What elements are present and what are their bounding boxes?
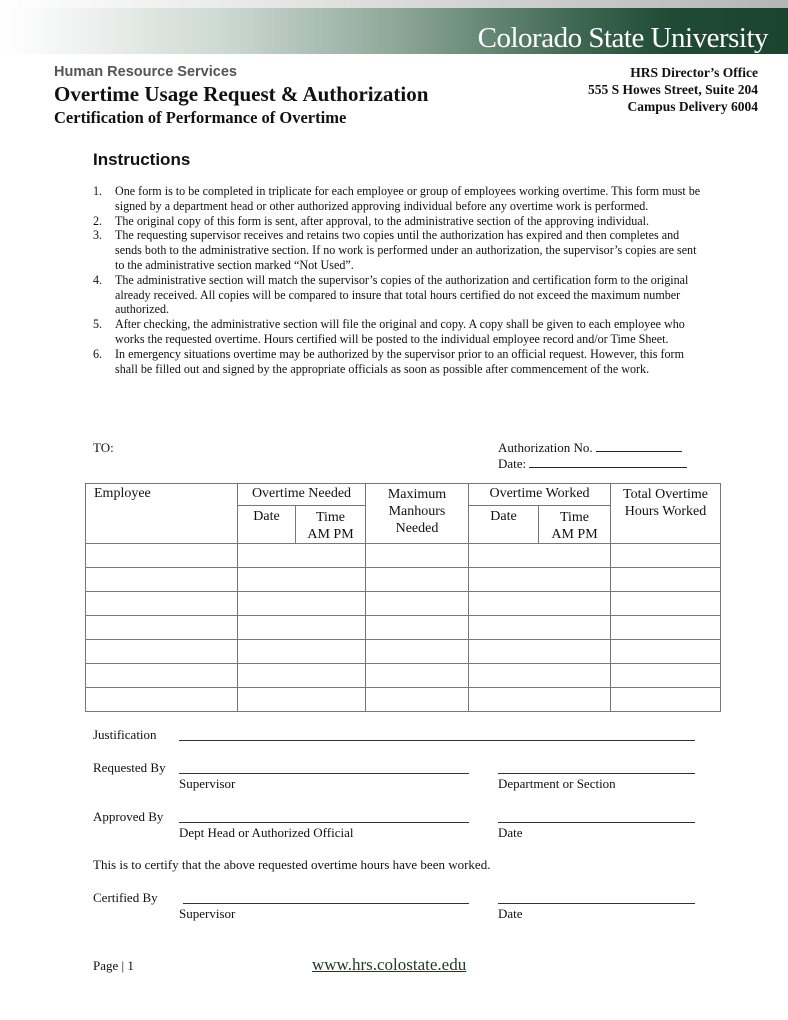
subheader-worked-time: TimeAM PM [539,506,611,544]
dept-head-caption: Dept Head or Authorized Official [179,825,353,841]
department-name: Human Resource Services [54,64,237,80]
justification-field[interactable] [179,740,695,741]
table-row [86,544,721,568]
authorization-no-field[interactable] [596,440,682,452]
table-cell[interactable] [238,568,366,592]
overtime-table: Employee Overtime Needed Maximum Manhour… [85,483,721,712]
address-line: Campus Delivery 6004 [588,98,758,115]
date-caption: Date [498,906,523,922]
table-cell[interactable] [611,640,721,664]
department-section-caption: Department or Section [498,776,616,792]
col-header-overtime-worked: Overtime Worked [469,484,611,506]
approved-date-field[interactable] [498,822,695,823]
col-header-overtime-needed: Overtime Needed [238,484,366,506]
address-line: 555 S Howes Street, Suite 204 [588,81,758,98]
instruction-item: 2.The original copy of this form is sent… [93,214,703,229]
authorization-block: Authorization No. Date: [498,440,687,472]
table-cell[interactable] [238,640,366,664]
table-cell[interactable] [366,616,469,640]
table-cell[interactable] [469,568,611,592]
col-header-employee: Employee [86,484,238,544]
certified-by-label: Certified By [93,890,158,906]
address-line: HRS Director’s Office [588,64,758,81]
table-cell[interactable] [469,616,611,640]
table-cell[interactable] [366,568,469,592]
table-cell[interactable] [86,568,238,592]
table-cell[interactable] [611,616,721,640]
table-cell[interactable] [86,688,238,712]
instructions-heading: Instructions [93,150,190,170]
table-cell[interactable] [366,688,469,712]
table-cell[interactable] [86,616,238,640]
table-cell[interactable] [469,688,611,712]
approved-by-label: Approved By [93,809,163,825]
table-cell[interactable] [366,544,469,568]
office-address: HRS Director’s Office 555 S Howes Street… [588,64,758,115]
instruction-item: 4.The administrative section will match … [93,273,703,317]
table-row [86,664,721,688]
header-banner: Colorado State University [0,8,788,54]
table-cell[interactable] [366,664,469,688]
page-number: Page | 1 [93,958,134,974]
table-cell[interactable] [366,640,469,664]
table-cell[interactable] [611,688,721,712]
table-cell[interactable] [238,616,366,640]
col-header-total-hours: Total Overtime Hours Worked [611,484,721,544]
table-cell[interactable] [469,544,611,568]
table-cell[interactable] [86,592,238,616]
form-title: Overtime Usage Request & Authorization [54,82,428,107]
instruction-item: 5.After checking, the administrative sec… [93,317,703,347]
date-caption: Date [498,825,523,841]
csu-logo: Colorado State University [478,22,768,55]
subheader-needed-date: Date [238,506,296,544]
instruction-item: 3.The requesting supervisor receives and… [93,228,703,272]
table-cell[interactable] [238,664,366,688]
table-row [86,688,721,712]
table-cell[interactable] [366,592,469,616]
table-cell[interactable] [86,640,238,664]
table-cell[interactable] [469,664,611,688]
certified-date-field[interactable] [498,903,695,904]
supervisor-caption: Supervisor [179,906,235,922]
certify-statement: This is to certify that the above reques… [93,857,490,873]
instructions-list: 1.One form is to be completed in triplic… [93,184,703,376]
justification-label: Justification [93,727,157,743]
table-cell[interactable] [86,544,238,568]
table-cell[interactable] [86,664,238,688]
table-row [86,640,721,664]
department-section-field[interactable] [498,773,695,774]
table-cell[interactable] [469,640,611,664]
instruction-item: 1.One form is to be completed in triplic… [93,184,703,214]
website-link[interactable]: www.hrs.colostate.edu [312,955,466,975]
approved-by-field[interactable] [179,822,469,823]
table-cell[interactable] [611,568,721,592]
table-cell[interactable] [238,688,366,712]
table-cell[interactable] [611,544,721,568]
requested-by-label: Requested By [93,760,166,776]
table-cell[interactable] [469,592,611,616]
requested-by-supervisor-field[interactable] [179,773,469,774]
col-header-max-manhours: Maximum Manhours Needed [366,484,469,544]
supervisor-caption: Supervisor [179,776,235,792]
date-field[interactable] [529,456,687,468]
certified-by-field[interactable] [183,903,469,904]
date-label: Date: [498,456,526,471]
table-cell[interactable] [611,664,721,688]
table-cell[interactable] [238,544,366,568]
form-subtitle: Certification of Performance of Overtime [54,108,346,128]
instruction-item: 6.In emergency situations overtime may b… [93,347,703,377]
table-row [86,616,721,640]
to-label: TO: [93,440,114,456]
subheader-worked-date: Date [469,506,539,544]
authorization-no-label: Authorization No. [498,440,593,455]
table-row [86,592,721,616]
table-row [86,568,721,592]
subheader-needed-time: TimeAM PM [296,506,366,544]
table-cell[interactable] [238,592,366,616]
table-cell[interactable] [611,592,721,616]
